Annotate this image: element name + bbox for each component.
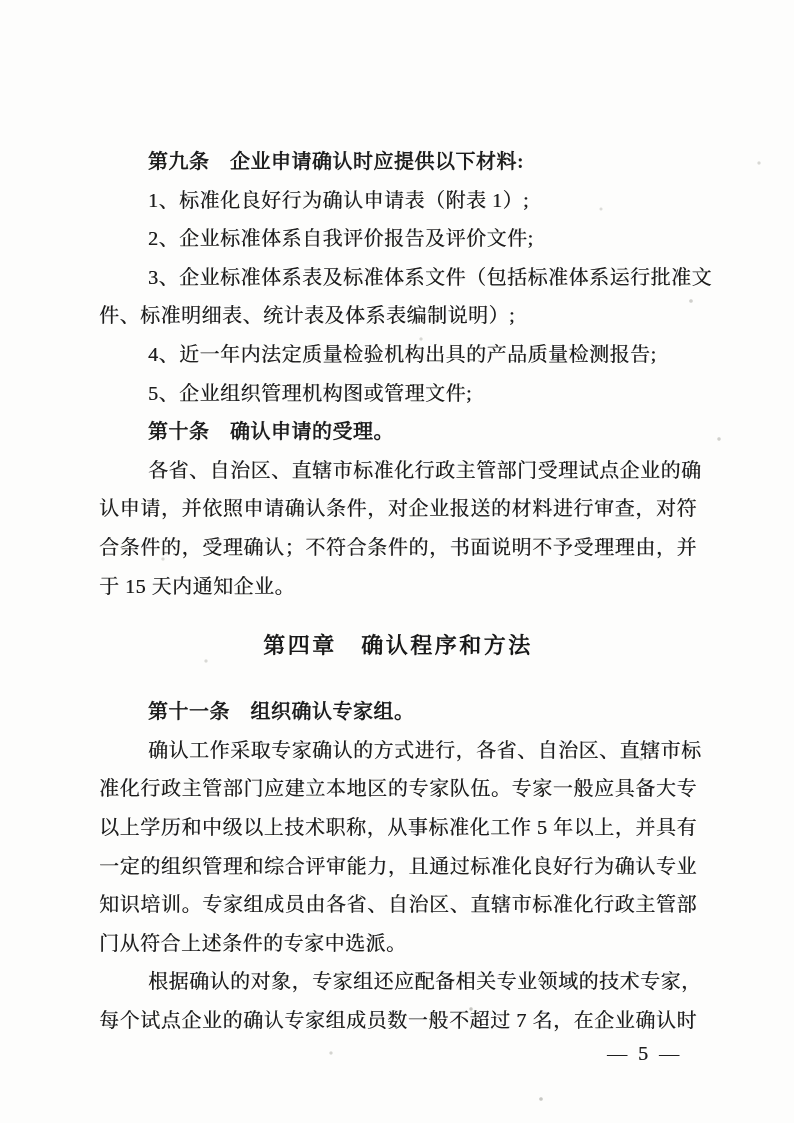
article-9-item-3: 3、企业标准体系表及标准体系文件（包括标准体系运行批准文 <box>99 259 697 298</box>
article-11-paragraph1-line-1: 确认工作采取专家确认的方式进行，各省、自治区、直辖市标 <box>99 732 697 771</box>
article-9-item-2: 2、企业标准体系自我评价报告及评价文件; <box>99 220 697 259</box>
article-11-paragraph1-line-6: 门从符合上述条件的专家中选派。 <box>99 925 697 964</box>
article-9-heading: 第九条 企业申请确认时应提供以下材料: <box>99 143 697 182</box>
scanned-document-page: 第九条 企业申请确认时应提供以下材料: 1、标准化良好行为确认申请表（附表 1）… <box>0 0 794 1123</box>
article-11-paragraph2-line-1: 根据确认的对象，专家组还应配备相关专业领域的技术专家， <box>99 963 697 1002</box>
article-10-paragraph-line-3: 合条件的，受理确认；不符合条件的，书面说明不予受理理由，并 <box>99 529 697 568</box>
article-10-paragraph-line-1: 各省、自治区、直辖市标准化行政主管部门受理试点企业的确 <box>99 452 697 491</box>
article-11-paragraph1-line-4: 一定的组织管理和综合评审能力，且通过标准化良好行为确认专业 <box>99 848 697 887</box>
page-number: — 5 — <box>99 1044 697 1064</box>
article-10-heading: 第十条 确认申请的受理。 <box>99 413 697 452</box>
article-11-paragraph2-line-2: 每个试点企业的确认专家组成员数一般不超过 7 名，在企业确认时 <box>99 1002 697 1041</box>
article-11-paragraph1-line-5: 知识培训。专家组成员由各省、自治区、直辖市标准化行政主管部 <box>99 886 697 925</box>
article-10-paragraph-line-4: 于 15 天内通知企业。 <box>99 568 697 607</box>
chapter-4-heading: 第四章 确认程序和方法 <box>99 631 697 661</box>
article-10-paragraph-line-2: 认申请，并依照申请确认条件，对企业报送的材料进行审查，对符 <box>99 490 697 529</box>
article-9-item-4: 4、近一年内法定质量检验机构出具的产品质量检测报告; <box>99 336 697 375</box>
article-9-item-1: 1、标准化良好行为确认申请表（附表 1）; <box>99 182 697 221</box>
article-11-paragraph1-line-2: 准化行政主管部门应建立本地区的专家队伍。专家一般应具备大专 <box>99 770 697 809</box>
article-9-item-5: 5、企业组织管理机构图或管理文件; <box>99 375 697 414</box>
article-11-heading: 第十一条 组织确认专家组。 <box>99 693 697 732</box>
article-9-item-3-continuation: 件、标准明细表、统计表及体系表编制说明）; <box>99 297 697 336</box>
document-body: 第九条 企业申请确认时应提供以下材料: 1、标准化良好行为确认申请表（附表 1）… <box>0 0 794 1123</box>
article-11-paragraph1-line-3: 以上学历和中级以上技术职称，从事标准化工作 5 年以上，并具有 <box>99 809 697 848</box>
